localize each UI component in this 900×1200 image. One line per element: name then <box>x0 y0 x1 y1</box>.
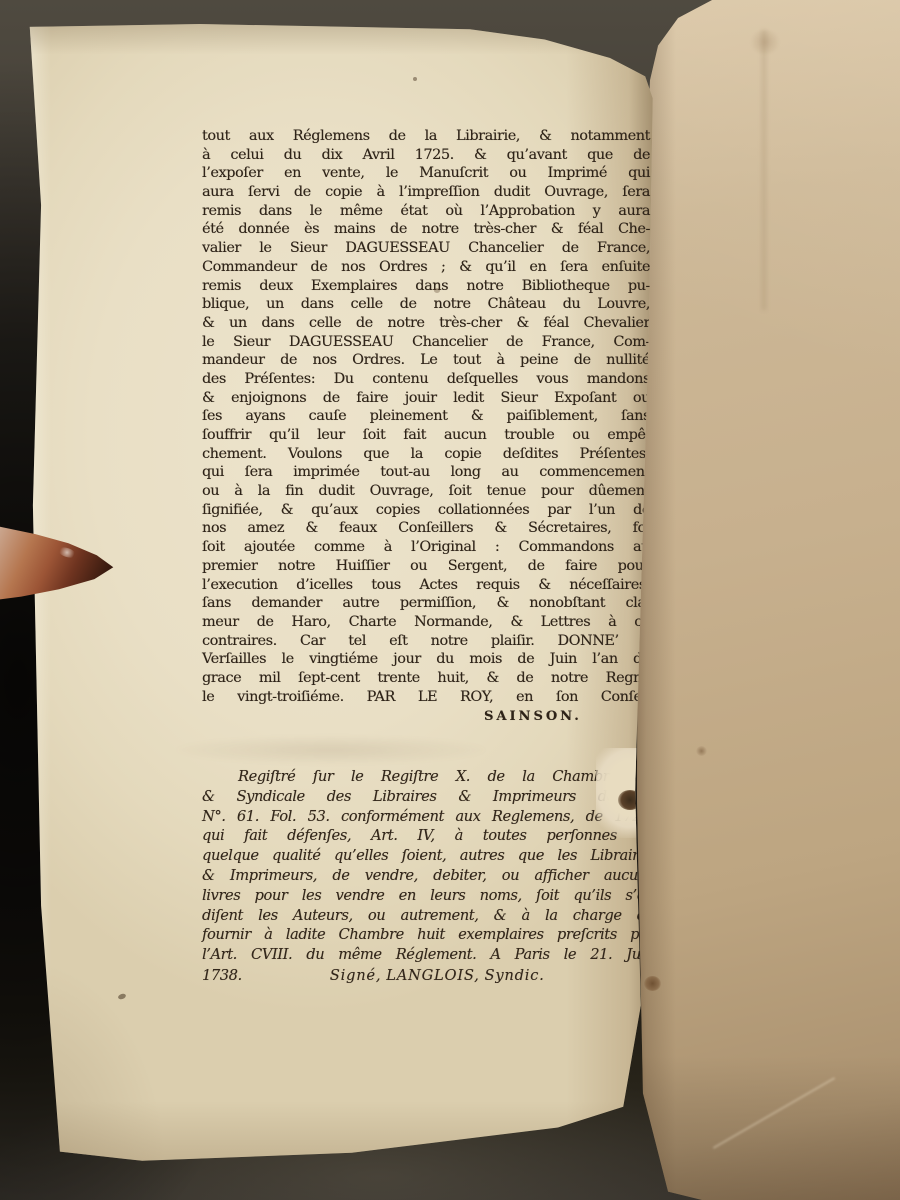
text-line: quelque qualité qu’elles ſoient, autres … <box>202 846 654 866</box>
text-line: Commandeur de nos Ordres ; & qu’il en ſe… <box>202 258 650 277</box>
text-line: mandeur de nos Ordres. Le tout à peine d… <box>202 351 650 370</box>
foxing-stain <box>750 30 780 54</box>
text-line: remis deux Exemplaires dans notre Biblio… <box>202 277 650 296</box>
text-line: ſes ayans cauſe pleinement & paiſiblemen… <box>202 407 650 426</box>
page-crease-vertical <box>762 30 766 310</box>
signature-sainson: SAINSON. <box>202 708 650 727</box>
registration-signed: Signé, LANGLOIS, Syndic. <box>330 966 545 986</box>
text-line: ou à la fin dudit Ouvrage, ſoit tenue po… <box>202 482 650 501</box>
text-line: diſent les Auteurs, ou autrement, & à la… <box>202 906 654 926</box>
registration-signature-line: 1738. Signé, LANGLOIS, Syndic. <box>202 966 654 986</box>
text-line: l’expoſer en vente, le Manuſcrit ou Impr… <box>202 164 650 183</box>
text-line: & enjoignons de faire jouir ledit Sieur … <box>202 389 650 408</box>
text-line: blique, un dans celle de notre Château d… <box>202 295 650 314</box>
text-line: ſoit ajoutée comme à l’Original : Comman… <box>202 538 650 557</box>
text-line: fournir à ladite Chambre huit exemplaire… <box>202 925 654 945</box>
text-line: aura ſervi de copie à l’impreſſion dudit… <box>202 183 650 202</box>
text-line: livres pour les vendre en leurs noms, ſo… <box>202 886 654 906</box>
ink-bleedthrough <box>176 736 486 764</box>
text-line: grace mil ſept-cent trente huit, & de no… <box>202 669 650 688</box>
text-line: à celui du dix Avril 1725. & qu’avant qu… <box>202 146 650 165</box>
foxing-stain <box>696 746 707 756</box>
text-line: chement. Voulons que la copie deſdites P… <box>202 445 650 464</box>
text-line: ſignifiée, & qu’aux copies collationnées… <box>202 501 650 520</box>
paper-fleck <box>434 288 440 293</box>
text-line: le vingt-troiſiéme. PAR LE ROY, en ſon C… <box>202 688 650 707</box>
registration-lines: Regiſtré ſur le Regiſtre X. de la Chambr… <box>202 767 654 965</box>
privilege-lines: tout aux Réglemens de la Librairie, & no… <box>202 127 650 706</box>
clip-highlight <box>57 545 77 559</box>
text-line: qui ſera imprimée tout-au long au commen… <box>202 463 650 482</box>
text-line: meur de Haro, Charte Normande, & Lettres… <box>202 613 650 632</box>
text-line: ſans demander autre permiſſion, & nonobſ… <box>202 594 650 613</box>
book-photograph: tout aux Réglemens de la Librairie, & no… <box>0 0 900 1200</box>
text-line: tout aux Réglemens de la Librairie, & no… <box>202 127 650 146</box>
text-line: l’execution d’icelles tous Actes requis … <box>202 576 650 595</box>
text-line: premier notre Huiſſier ou Sergent, de fa… <box>202 557 650 576</box>
text-line: contraires. Car tel eſt notre plaiſir. D… <box>202 632 650 651</box>
text-line: & un dans celle de notre très-cher & féa… <box>202 314 650 333</box>
registration-text-block: Regiſtré ſur le Regiſtre X. de la Chambr… <box>202 767 654 986</box>
facing-page <box>630 0 900 1200</box>
book-page: tout aux Réglemens de la Librairie, & no… <box>26 20 654 1170</box>
foxing-stain <box>644 976 661 991</box>
paper-fleck <box>413 77 417 81</box>
text-line: des Préſentes: Du contenu deſquelles vou… <box>202 370 650 389</box>
text-line: qui fait défenſes, Art. IV, à toutes per… <box>202 826 654 846</box>
text-line: & Imprimeurs, de vendre, debiter, ou aff… <box>202 866 654 886</box>
text-line: N°. 61. Fol. 53. conformément aux Reglem… <box>202 807 654 827</box>
text-line: Verſailles le vingtiéme jour du mois de … <box>202 650 650 669</box>
text-line: ſouffrir qu’il leur ſoit fait aucun trou… <box>202 426 650 445</box>
text-line: l’Art. CVIII. du même Réglement. A Paris… <box>202 945 654 965</box>
privilege-text-block: tout aux Réglemens de la Librairie, & no… <box>202 127 650 727</box>
text-line: & Syndicale des Libraires & Imprimeurs d… <box>202 787 654 807</box>
text-line: remis dans le même état où l’Approbation… <box>202 202 650 221</box>
text-line: valier le Sieur DAGUESSEAU Chancelier de… <box>202 239 650 258</box>
text-line: été donnée ès mains de notre très-cher &… <box>202 220 650 239</box>
text-line: le Sieur DAGUESSEAU Chancelier de France… <box>202 333 650 352</box>
text-line: Regiſtré ſur le Regiſtre X. de la Chambr… <box>202 767 654 787</box>
text-line: nos amez & feaux Conſeillers & Sécretair… <box>202 519 650 538</box>
registration-year: 1738. <box>202 966 242 986</box>
